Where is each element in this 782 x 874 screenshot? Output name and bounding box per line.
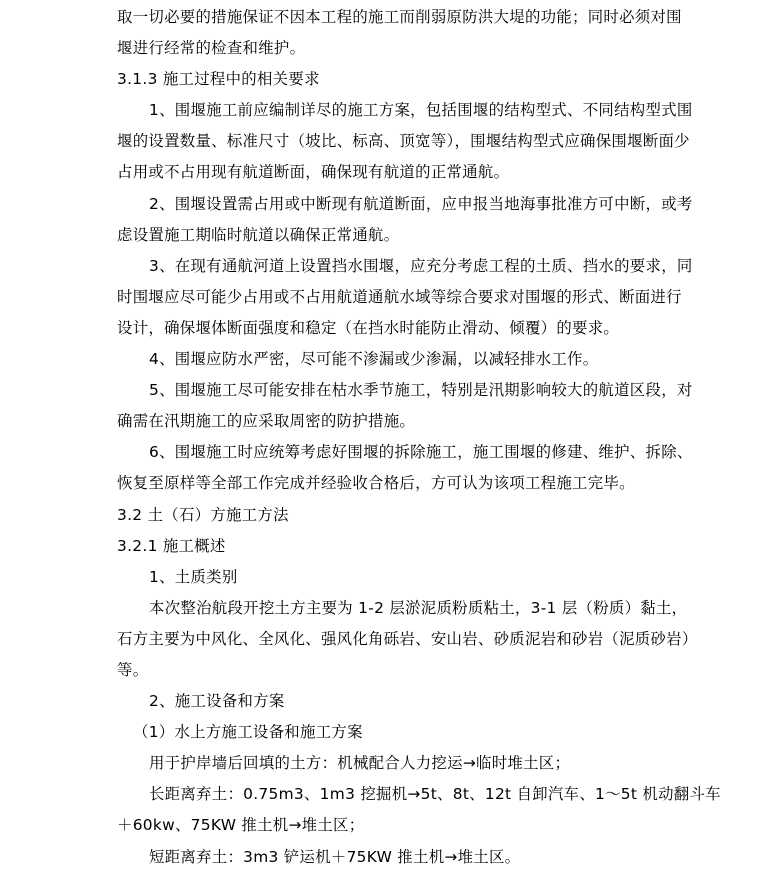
list-item-3: 3、在现有通航河道上设置挡水围堰，应充分考虑工程的土质、挡水的要求，同 (117, 251, 699, 282)
body-text-line: ＋60kw、75KW 推土机→堆土区； (117, 810, 699, 841)
body-text-line: 等。 (117, 655, 699, 686)
document-page: 取一切必要的措施保证不因本工程的施工而削弱原防洪大堤的功能；同时必须对围 堰进行… (117, 2, 699, 873)
subsection-equipment: 2、施工设备和方案 (117, 686, 699, 717)
body-text-line: 恢复至原样等全部工作完成并经验收合格后，方可认为该项工程施工完毕。 (117, 468, 699, 499)
body-text-line: 时围堰应尽可能少占用或不占用航道通航水域等综合要求对围堰的形式、断面进行 (117, 282, 699, 313)
subsection-above-water: （1）水上方施工设备和施工方案 (117, 717, 699, 748)
list-item-2: 2、围堰设置需占用或中断现有航道断面，应申报当地海事批准方可中断，或考 (117, 189, 699, 220)
section-heading-3-2: 3.2 土（石）方施工方法 (117, 500, 699, 531)
body-text-line: 短距离弃土：3m3 铲运机＋75KW 推土机→堆土区。 (117, 842, 699, 873)
body-text-line: 设计，确保堰体断面强度和稳定（在挡水时能防止滑动、倾覆）的要求。 (117, 313, 699, 344)
body-text-line: 长距离弃土：0.75m3、1m3 挖掘机→5t、8t、12t 自卸汽车、1～5t… (117, 779, 699, 810)
subsection-soil-type: 1、土质类别 (117, 562, 699, 593)
body-text-line: 用于护岸墙后回填的土方：机械配合人力挖运→临时堆土区； (117, 748, 699, 779)
body-text-line: 堰进行经常的检查和维护。 (117, 33, 699, 64)
section-heading-3-2-1: 3.2.1 施工概述 (117, 531, 699, 562)
body-text-line: 本次整治航段开挖土方主要为 1-2 层淤泥质粉质粘土，3-1 层（粉质）黏土， (117, 593, 699, 624)
body-text-line: 虑设置施工期临时航道以确保正常通航。 (117, 220, 699, 251)
list-item-1: 1、围堰施工前应编制详尽的施工方案，包括围堰的结构型式、不同结构型式围 (117, 95, 699, 126)
body-text-line: 石方主要为中风化、全风化、强风化角砾岩、安山岩、砂质泥岩和砂岩（泥质砂岩） (117, 624, 699, 655)
body-text-line: 取一切必要的措施保证不因本工程的施工而削弱原防洪大堤的功能；同时必须对围 (117, 2, 699, 33)
list-item-5: 5、围堰施工尽可能安排在枯水季节施工，特别是汛期影响较大的航道区段，对 (117, 375, 699, 406)
body-text-line: 确需在汛期施工的应采取周密的防护措施。 (117, 406, 699, 437)
list-item-4: 4、围堰应防水严密，尽可能不渗漏或少渗漏，以减轻排水工作。 (117, 344, 699, 375)
body-text-line: 堰的设置数量、标准尺寸（坡比、标高、顶宽等），围堰结构型式应确保围堰断面少 (117, 126, 699, 157)
section-heading-3-1-3: 3.1.3 施工过程中的相关要求 (117, 64, 699, 95)
body-text-line: 占用或不占用现有航道断面，确保现有航道的正常通航。 (117, 157, 699, 188)
list-item-6: 6、围堰施工时应统筹考虑好围堰的拆除施工，施工围堰的修建、维护、拆除、 (117, 437, 699, 468)
